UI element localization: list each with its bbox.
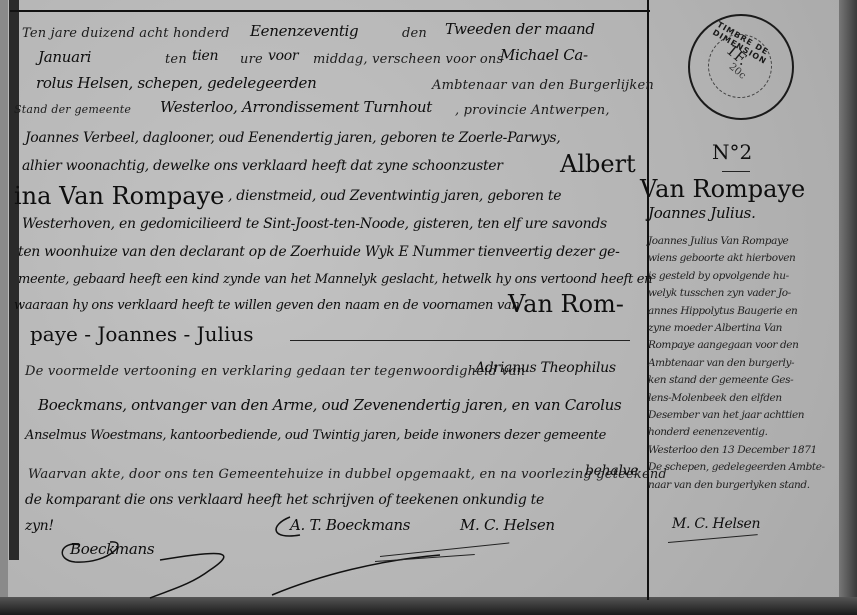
margin-line: welyk tusschen zyn vader Jo- — [648, 285, 798, 302]
margin-record-number: N°2 — [712, 140, 752, 164]
handwritten-line: meente, gebaard heeft een kind zynde van… — [18, 272, 652, 287]
margin-signature: M. C. Helsen — [672, 516, 760, 532]
fill-line — [290, 340, 630, 341]
margin-line: lens-Molenbeek den elfden — [648, 390, 798, 407]
handwritten-line: behalve — [585, 463, 638, 479]
margin-line: ken stand der gemeente Ges- — [648, 372, 798, 389]
margin-line: De schepen, gedelegeerden Ambte- — [648, 459, 798, 476]
margin-line: annes Hippolytus Baugerie en — [648, 303, 798, 320]
handwritten-month: Januari — [38, 48, 91, 66]
signature-flourish — [50, 530, 250, 600]
margin-line: Westerloo den 13 December 1871 — [648, 442, 798, 459]
page-left-edge — [0, 0, 8, 615]
signature-officer: M. C. Helsen — [460, 516, 555, 534]
margin-line: naar van den burgerlyken stand. — [648, 477, 798, 494]
handwritten-child-name: paye - Joannes - Julius — [30, 322, 254, 346]
handwritten-line: waaraan hy ons verklaard heeft te willen… — [14, 298, 520, 313]
margin-line: Joannes Julius Van Rompaye — [648, 233, 798, 250]
printed-text: ten — [165, 52, 187, 67]
margin-line: wiens geboorte akt hierboven — [648, 250, 798, 267]
handwritten-line: Anselmus Woestmans, kantoorbediende, oud… — [25, 428, 606, 443]
printed-text: den — [402, 26, 427, 41]
handwritten-officer-name: Michael Ca- — [500, 46, 588, 64]
handwritten-voor: voor — [268, 48, 298, 64]
handwritten-hour: tien — [192, 48, 218, 64]
printed-text: Ambtenaar van den Burgerlijken — [432, 78, 654, 93]
signature-flourish — [260, 505, 460, 605]
margin-line: Ambtenaar van den burgerly- — [648, 355, 798, 372]
margin-line: Rompaye aangegaan voor den — [648, 337, 798, 354]
margin-annotation: Joannes Julius Van Rompaye wiens geboort… — [648, 233, 798, 494]
handwritten-line: Joannes Verbeel, daglooner, oud Eenender… — [25, 130, 560, 146]
handwritten-day: Tweeden der maand — [445, 20, 595, 38]
handwritten-mother-name: Albert — [560, 150, 636, 178]
document-page: Ten jare duizend acht honderd Eenenzeven… — [0, 0, 857, 615]
handwritten-officer-title: rolus Helsen, schepen, gedelegeerden — [36, 74, 316, 92]
signature-underline — [668, 534, 758, 543]
handwritten-mother-name: ina Van Rompaye — [14, 182, 224, 210]
top-rule — [10, 10, 650, 12]
printed-text: Waarvan akte, door ons ten Gemeentehuize… — [28, 467, 667, 482]
margin-line: Desember van het jaar achttien — [648, 407, 798, 424]
page-right-shadow — [839, 0, 857, 615]
handwritten-line: alhier woonachtig, dewelke ons verklaard… — [22, 158, 503, 174]
margin-surname: Van Rompaye — [640, 175, 805, 203]
handwritten-year: Eenenzeventig — [250, 22, 358, 40]
handwritten-line: Westerhoven, en gedomicilieerd te Sint-J… — [22, 216, 607, 232]
handwritten-child-surname: Van Rom- — [508, 290, 624, 318]
margin-rule — [722, 171, 750, 172]
printed-text: ure — [240, 52, 263, 67]
margin-given-names: Joannes Julius. — [648, 204, 756, 222]
handwritten-municipality: Westerloo, Arrondissement Turnhout — [160, 98, 432, 116]
printed-text: Ten jare duizend acht honderd — [22, 26, 230, 41]
revenue-stamp: TIMBRE DE DIMENSION 1F. 20c — [688, 14, 794, 120]
printed-text: middag, verscheen voor ons — [313, 52, 503, 67]
printed-text: , provincie Antwerpen, — [455, 103, 610, 118]
margin-line: honderd eenenzeventig. — [648, 424, 798, 441]
margin-line: zyne moeder Albertina Van — [648, 320, 798, 337]
handwritten-line: , dienstmeid, oud Zeventwintig jaren, ge… — [228, 188, 561, 204]
handwritten-line: Boeckmans, ontvanger van den Arme, oud Z… — [38, 396, 621, 414]
margin-line: is gesteld by opvolgende hu- — [648, 268, 798, 285]
printed-text: De voormelde vertooning en verklaring ge… — [25, 364, 525, 379]
handwritten-line: ten woonhuize van den declarant op de Zo… — [18, 244, 620, 260]
printed-text: Stand der gemeente — [14, 103, 131, 116]
handwritten-witness1: Adrianus Theophilus — [475, 360, 616, 376]
